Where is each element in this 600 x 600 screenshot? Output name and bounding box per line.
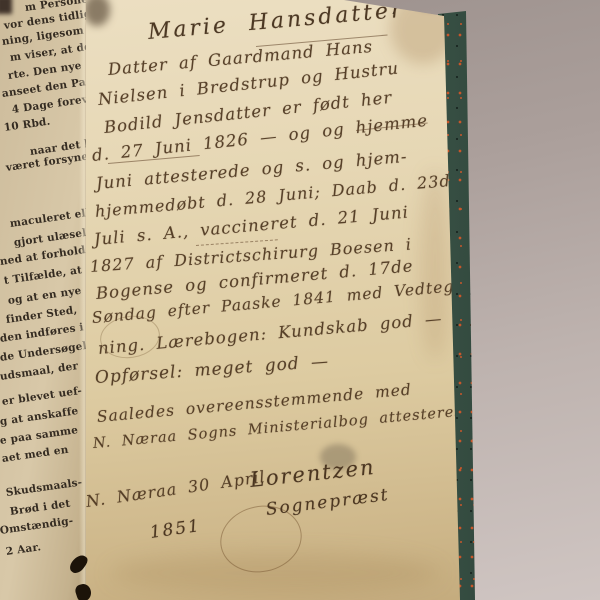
printed-text-fragment: Skudsmaals-	[5, 476, 83, 499]
printed-text-fragment: 2 Aar.	[5, 541, 42, 558]
foxing-stain	[420, 170, 450, 360]
handwritten-line: N. Næraa 30 April	[85, 467, 267, 511]
printed-text-fragment: t Tilfælde, at	[3, 264, 83, 287]
handwritten-line: Lorentzen	[249, 455, 377, 492]
printed-text-fragment: aet med en	[1, 444, 69, 465]
handwritten-line: 1851	[149, 516, 203, 543]
printed-text-fragment: er blevet uef-	[1, 385, 83, 408]
handwritten-line: Sognepræst	[265, 485, 391, 520]
printed-text-fragment: 10 Rbd.	[3, 116, 51, 134]
gutter-shadow-stain	[84, 0, 110, 26]
printed-text-fragment: udsmaal, der	[0, 360, 79, 383]
photo-corner-shadow	[0, 0, 12, 14]
photo-open-conduct-book: m Personensvor dens tidligerening, liges…	[0, 0, 600, 600]
printed-text-fragment: Omstændig-	[0, 515, 74, 537]
printed-text-fragment: og at en nye	[7, 285, 82, 307]
printed-text-fragment: Brød i det	[9, 498, 71, 518]
